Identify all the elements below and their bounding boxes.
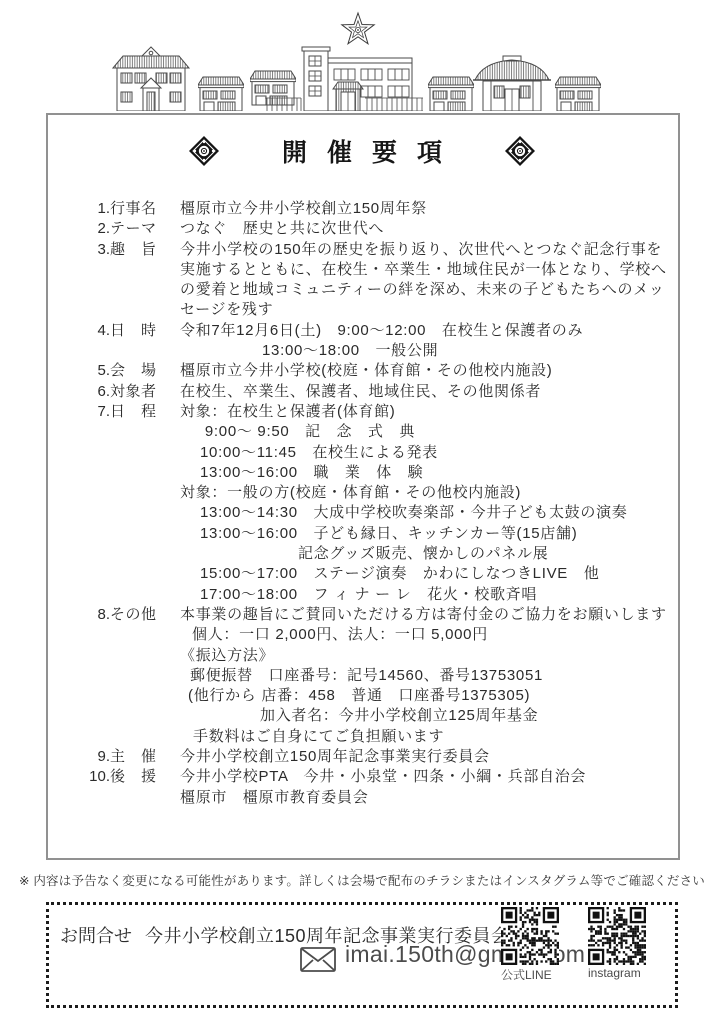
body-line: 13:00～16:00 職 業 体 験: [88, 461, 688, 481]
item-text: 17:00～18:00 フ ィ ナ ー レ 花火・校歌斉唱: [180, 583, 537, 604]
item-text: の愛着と地域コミュニティーの絆を深め、未来の子どもたちへのメッ: [180, 278, 665, 299]
item-text: 令和7年12月6日(土) 9:00～12:00 在校生と保護者のみ: [180, 319, 583, 340]
qr-code-instagram: [588, 907, 646, 965]
item-text: 手数料はご自身にてご負担願います: [180, 725, 444, 746]
body-line: 橿原市 橿原市教育委員会: [88, 786, 688, 806]
item-heading: 2.テーマ: [88, 217, 157, 238]
body-line: 13:00～16:00 子ども縁日、キッチンカー等(15店舗): [88, 522, 688, 542]
body-line: (他行から 店番：458 普通 口座番号1375305): [88, 684, 688, 704]
item-heading: 3.趣 旨: [88, 238, 157, 259]
body-line: 3.趣 旨今井小学校の150年の歴史を振り返り、次世代へとつなぐ記念行事を: [88, 238, 688, 258]
body-line: 7.日 程対象：在校生と保護者(体育館): [88, 400, 688, 420]
body-line: 記念グッズ販売、懐かしのパネル展: [88, 542, 688, 562]
item-number: 7.: [88, 403, 110, 420]
diamond-crest-icon: [504, 135, 536, 167]
envelope-icon: [300, 947, 336, 972]
body-line: 13:00～18:00 一般公開: [88, 339, 688, 359]
item-number: 5.: [88, 362, 110, 379]
item-text: 対象：在校生と保護者(体育館): [180, 400, 396, 421]
footnote: ※ 内容は予告なく変更になる可能性があります。詳しくは会場で配布のチラシまたはイ…: [0, 871, 724, 889]
body-line: 対象：一般の方(校庭・体育館・その他校内施設): [88, 481, 688, 501]
item-number: 6.: [88, 383, 110, 400]
item-text: 個人：一口 2,000円、法人：一口 5,000円: [180, 623, 488, 644]
item-text: つなぐ 歴史と共に次世代へ: [180, 217, 384, 238]
body-line: 6.対象者在校生、卒業生、保護者、地域住民、その他関係者: [88, 380, 688, 400]
body-line: 13:00～14:30 大成中学校吹奏楽部・今井子ども太鼓の演奏: [88, 501, 688, 521]
item-text: 13:00～18:00 一般公開: [180, 339, 438, 360]
qr-label-line: 公式LINE: [501, 966, 552, 983]
body-line: 10:00～11:45 在校生による発表: [88, 441, 688, 461]
item-heading: 10.後 援: [88, 765, 157, 786]
item-number: 1.: [88, 200, 110, 217]
item-text: 15:00～17:00 ステージ演奏 かわにしなつきLIVE 他: [180, 562, 599, 583]
townhouse-icon: [250, 71, 296, 105]
body-line: 実施するとともに、在校生・卒業生・地域住民が一体となり、学校へ: [88, 258, 688, 278]
item-text: 郵便振替 口座番号：記号14560、番号13753051: [180, 664, 543, 685]
item-label: 日 程: [110, 403, 157, 420]
contact-box: お問合せ 今井小学校創立150周年記念事業実行委員会 imai.150th@gm…: [46, 902, 678, 1008]
body-line: 郵便振替 口座番号：記号14560、番号13753051: [88, 664, 688, 684]
qr-code-line: [501, 907, 559, 965]
star-crest-icon: [342, 13, 374, 44]
diamond-crest-icon: [188, 135, 220, 167]
item-text: 橿原市 橿原市教育委員会: [180, 786, 368, 807]
item-heading: 9.主 催: [88, 745, 157, 766]
item-text: 13:00～14:30 大成中学校吹奏楽部・今井子ども太鼓の演奏: [180, 501, 627, 522]
item-label: 趣 旨: [110, 241, 157, 258]
item-number: 4.: [88, 322, 110, 339]
item-text: 実施するとともに、在校生・卒業生・地域住民が一体となり、学校へ: [180, 258, 667, 279]
item-number: 2.: [88, 220, 110, 237]
flyer-page: 開催要項 1.行事名橿原市立今井小学校創立150周年祭2.テーマつなぐ 歴史と共…: [0, 0, 724, 1024]
item-text: 橿原市立今井小学校創立150周年祭: [180, 197, 427, 218]
item-text: 今井小学校PTA 今井・小泉堂・四条・小綱・兵部自治会: [180, 765, 586, 786]
page-title: 開催要項: [282, 133, 462, 169]
body-line: 15:00～17:00 ステージ演奏 かわにしなつきLIVE 他: [88, 562, 688, 582]
item-label: 主 催: [110, 748, 157, 765]
body-line: 1.行事名橿原市立今井小学校創立150周年祭: [88, 197, 688, 217]
body-line: 17:00～18:00 フ ィ ナ ー レ 花火・校歌斉唱: [88, 583, 688, 603]
townscape-illustration: [105, 10, 619, 111]
body-line: 5.会 場橿原市立今井小学校(校庭・体育館・その他校内施設): [88, 359, 688, 379]
item-label: 日 時: [110, 322, 157, 339]
item-label: テーマ: [110, 220, 157, 237]
item-text: 10:00～11:45 在校生による発表: [180, 441, 438, 462]
old-schoolhouse-icon: [113, 47, 189, 111]
item-label: 後 援: [110, 768, 157, 785]
item-text: 対象：一般の方(校庭・体育館・その他校内施設): [180, 481, 521, 502]
item-text: 本事業の趣旨にご賛同いただける方は寄付金のご協力をお願いします: [180, 603, 667, 624]
item-text: 《振込方法》: [180, 644, 274, 665]
townhouse-icon: [428, 77, 474, 111]
body-rows: 1.行事名橿原市立今井小学校創立150周年祭2.テーマつなぐ 歴史と共に次世代へ…: [88, 197, 688, 806]
item-label: 行事名: [110, 200, 157, 217]
title-row: 開催要項: [0, 133, 724, 169]
body-line: 加入者名：今井小学校創立125周年基金: [88, 704, 688, 724]
item-label: その他: [110, 606, 157, 623]
item-heading: 8.その他: [88, 603, 157, 624]
item-number: 9.: [88, 748, 110, 765]
body-line: 手数料はご自身にてご負担願います: [88, 725, 688, 745]
item-text: 記念グッズ販売、懐かしのパネル展: [180, 542, 548, 563]
body-line: 個人：一口 2,000円、法人：一口 5,000円: [88, 623, 688, 643]
item-text: 橿原市立今井小学校(校庭・体育館・その他校内施設): [180, 359, 553, 380]
body-line: セージを残す: [88, 298, 688, 318]
item-heading: 1.行事名: [88, 197, 157, 218]
body-line: 4.日 時令和7年12月6日(土) 9:00～12:00 在校生と保護者のみ: [88, 319, 688, 339]
item-label: 対象者: [110, 383, 157, 400]
body-line: 《振込方法》: [88, 644, 688, 664]
item-heading: 6.対象者: [88, 380, 157, 401]
item-text: 今井小学校創立150周年記念事業実行委員会: [180, 745, 490, 766]
item-text: セージを残す: [180, 298, 273, 319]
body-line: 2.テーマつなぐ 歴史と共に次世代へ: [88, 217, 688, 237]
item-text: (他行から 店番：458 普通 口座番号1375305): [180, 684, 530, 705]
item-text: 今井小学校の150年の歴史を振り返り、次世代へとつなぐ記念行事を: [180, 238, 662, 259]
qr-label-instagram: instagram: [588, 966, 641, 980]
item-text: 13:00～16:00 職 業 体 験: [180, 461, 423, 482]
townhouse-icon: [555, 77, 601, 111]
body-line: 8.その他本事業の趣旨にご賛同いただける方は寄付金のご協力をお願いします: [88, 603, 688, 623]
body-line: 10.後 援今井小学校PTA 今井・小泉堂・四条・小綱・兵部自治会: [88, 765, 688, 785]
item-text: 在校生、卒業生、保護者、地域住民、その他関係者: [180, 380, 541, 401]
item-heading: 4.日 時: [88, 319, 157, 340]
item-text: 加入者名：今井小学校創立125周年基金: [180, 704, 538, 725]
item-number: 3.: [88, 241, 110, 258]
item-text: 9:00～ 9:50 記 念 式 典: [180, 420, 415, 441]
body-line: 9:00～ 9:50 記 念 式 典: [88, 420, 688, 440]
body-line: 9.主 催今井小学校創立150周年記念事業実行委員会: [88, 745, 688, 765]
item-heading: 5.会 場: [88, 359, 157, 380]
item-text: 13:00～16:00 子ども縁日、キッチンカー等(15店舗): [180, 522, 577, 543]
contact-label: お問合せ: [60, 922, 132, 948]
body-line: の愛着と地域コミュニティーの絆を深め、未来の子どもたちへのメッ: [88, 278, 688, 298]
temple-icon: [473, 56, 551, 111]
townhouse-icon: [198, 77, 244, 111]
item-label: 会 場: [110, 362, 157, 379]
item-number: 8.: [88, 606, 110, 623]
item-heading: 7.日 程: [88, 400, 157, 421]
item-number: 10.: [88, 768, 110, 785]
